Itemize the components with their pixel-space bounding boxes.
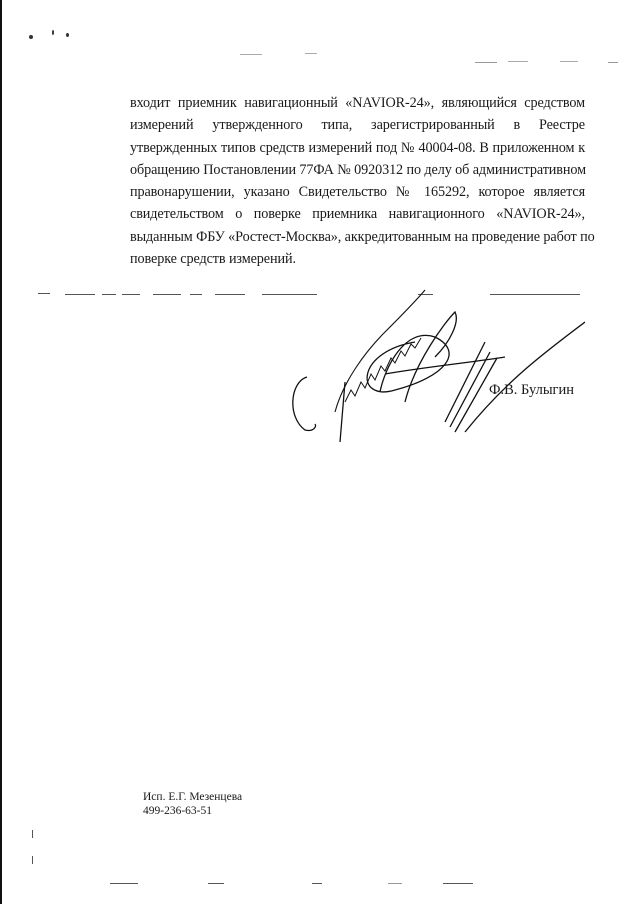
- executor-name: Исп. Е.Г. Мезенцева: [143, 790, 242, 804]
- handwritten-signature: [285, 282, 585, 442]
- body-line: свидетельством о поверке приемника навиг…: [130, 203, 585, 225]
- scan-dash: [65, 294, 95, 295]
- scan-dash: [32, 856, 33, 864]
- scan-dash: [32, 830, 33, 838]
- body-line: измерений утвержденного типа, зарегистри…: [130, 114, 585, 136]
- executor-block: Исп. Е.Г. Мезенцева 499-236-63-51: [143, 790, 242, 818]
- executor-phone: 499-236-63-51: [143, 804, 242, 818]
- scan-dash: [38, 293, 50, 294]
- scan-dash: [110, 883, 138, 884]
- scan-speck: [29, 35, 33, 39]
- scan-dash: [508, 61, 528, 62]
- scan-dash: [102, 294, 116, 295]
- scan-dash: [388, 883, 402, 884]
- scan-dash: [122, 294, 140, 295]
- body-line: выданным ФБУ «Ростест-Москва», аккредито…: [130, 226, 585, 248]
- scan-speck: [52, 30, 54, 35]
- scan-dash: [475, 62, 497, 63]
- scan-dash: [153, 294, 181, 295]
- body-line: обращению Постановлении 77ФА № 0920312 п…: [130, 159, 585, 181]
- body-paragraph: входит приемник навигационный «NAVIOR-24…: [130, 92, 585, 270]
- scan-left-border: [0, 0, 2, 904]
- scan-speck: [66, 33, 69, 37]
- body-line: утвержденных типов средств измерений под…: [130, 137, 585, 159]
- scan-dash: [190, 294, 202, 295]
- body-line: поверке средств измерений.: [130, 248, 585, 270]
- scan-dash: [208, 883, 224, 884]
- scan-dash: [560, 61, 578, 62]
- body-line: правонарушении, указано Свидетельство № …: [130, 181, 585, 203]
- scan-dash: [608, 62, 618, 63]
- scan-dash: [312, 883, 322, 884]
- signer-name: Ф.В. Булыгин: [489, 382, 574, 399]
- scan-dash: [215, 294, 245, 295]
- scan-dash: [240, 54, 262, 55]
- body-line: входит приемник навигационный «NAVIOR-24…: [130, 92, 585, 114]
- scan-dash: [305, 53, 317, 54]
- scan-dash: [443, 883, 473, 884]
